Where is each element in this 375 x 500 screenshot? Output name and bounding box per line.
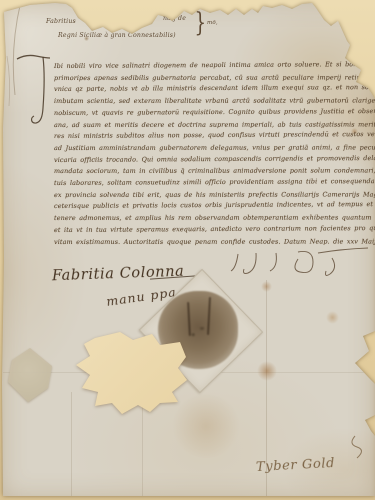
- body-line: et ita vt in tua virtute speramus exequa…: [54, 223, 356, 237]
- body-line: tuis laborares, solitam consuetudinz sim…: [54, 176, 356, 190]
- body-line: Ibi nobili viro vice salinatri diogenem …: [54, 59, 356, 73]
- letter-sheet-wrap: Fabritius natj de Regni Siciliæ à gran C…: [0, 0, 375, 500]
- heading-brace-note: mō,: [207, 20, 218, 26]
- body-line: ceterisque publicis et privatis locis cu…: [54, 200, 356, 214]
- manuscript-photo: Fabritius natj de Regni Siciliæ à gran C…: [0, 0, 375, 500]
- inscription-squiggle-mark: [346, 434, 364, 460]
- seal-crack-right: [207, 297, 211, 335]
- heading-brace: }: [194, 8, 206, 38]
- collector-inscription: Tyber Gold: [256, 456, 336, 475]
- body-line: nobiscum, vt quavis re gubernatorū requi…: [54, 106, 356, 120]
- heading-title-line: Regni Siciliæ à gran Connestabilis): [58, 32, 176, 39]
- body-line: res nisi ministris subditos alius non po…: [54, 129, 356, 143]
- initial-letter-stroke: [16, 50, 52, 134]
- body-line: vitam existimamus. Auctoritatis quoque p…: [54, 236, 356, 248]
- letter-body: Ibi nobili viro vice salinatri diogenem …: [54, 61, 356, 248]
- signature-name: Fabritia Colonna: [52, 264, 185, 285]
- closing-flourish: [232, 248, 372, 288]
- hole-patch-small-left-fill: [8, 348, 52, 402]
- letter-sheet: Fabritius natj de Regni Siciliæ à gran C…: [0, 0, 375, 500]
- fold-line-vertical-left: [71, 392, 72, 496]
- hole-patch-small-left: [8, 348, 52, 402]
- heading-name-fragment: Fabritius: [46, 18, 76, 25]
- stain-spot-right: [326, 311, 339, 324]
- hole-patch-large: [74, 330, 190, 418]
- body-line: vicaria officiis trocando. Qui omnia sod…: [54, 153, 356, 167]
- heading-right-fragment: natj de: [163, 15, 186, 22]
- stain-fold-large: [257, 361, 277, 381]
- body-line: vnica qz parte, nobis vt ab illa ministr…: [54, 83, 356, 97]
- hole-patch-large-fill: [74, 330, 190, 418]
